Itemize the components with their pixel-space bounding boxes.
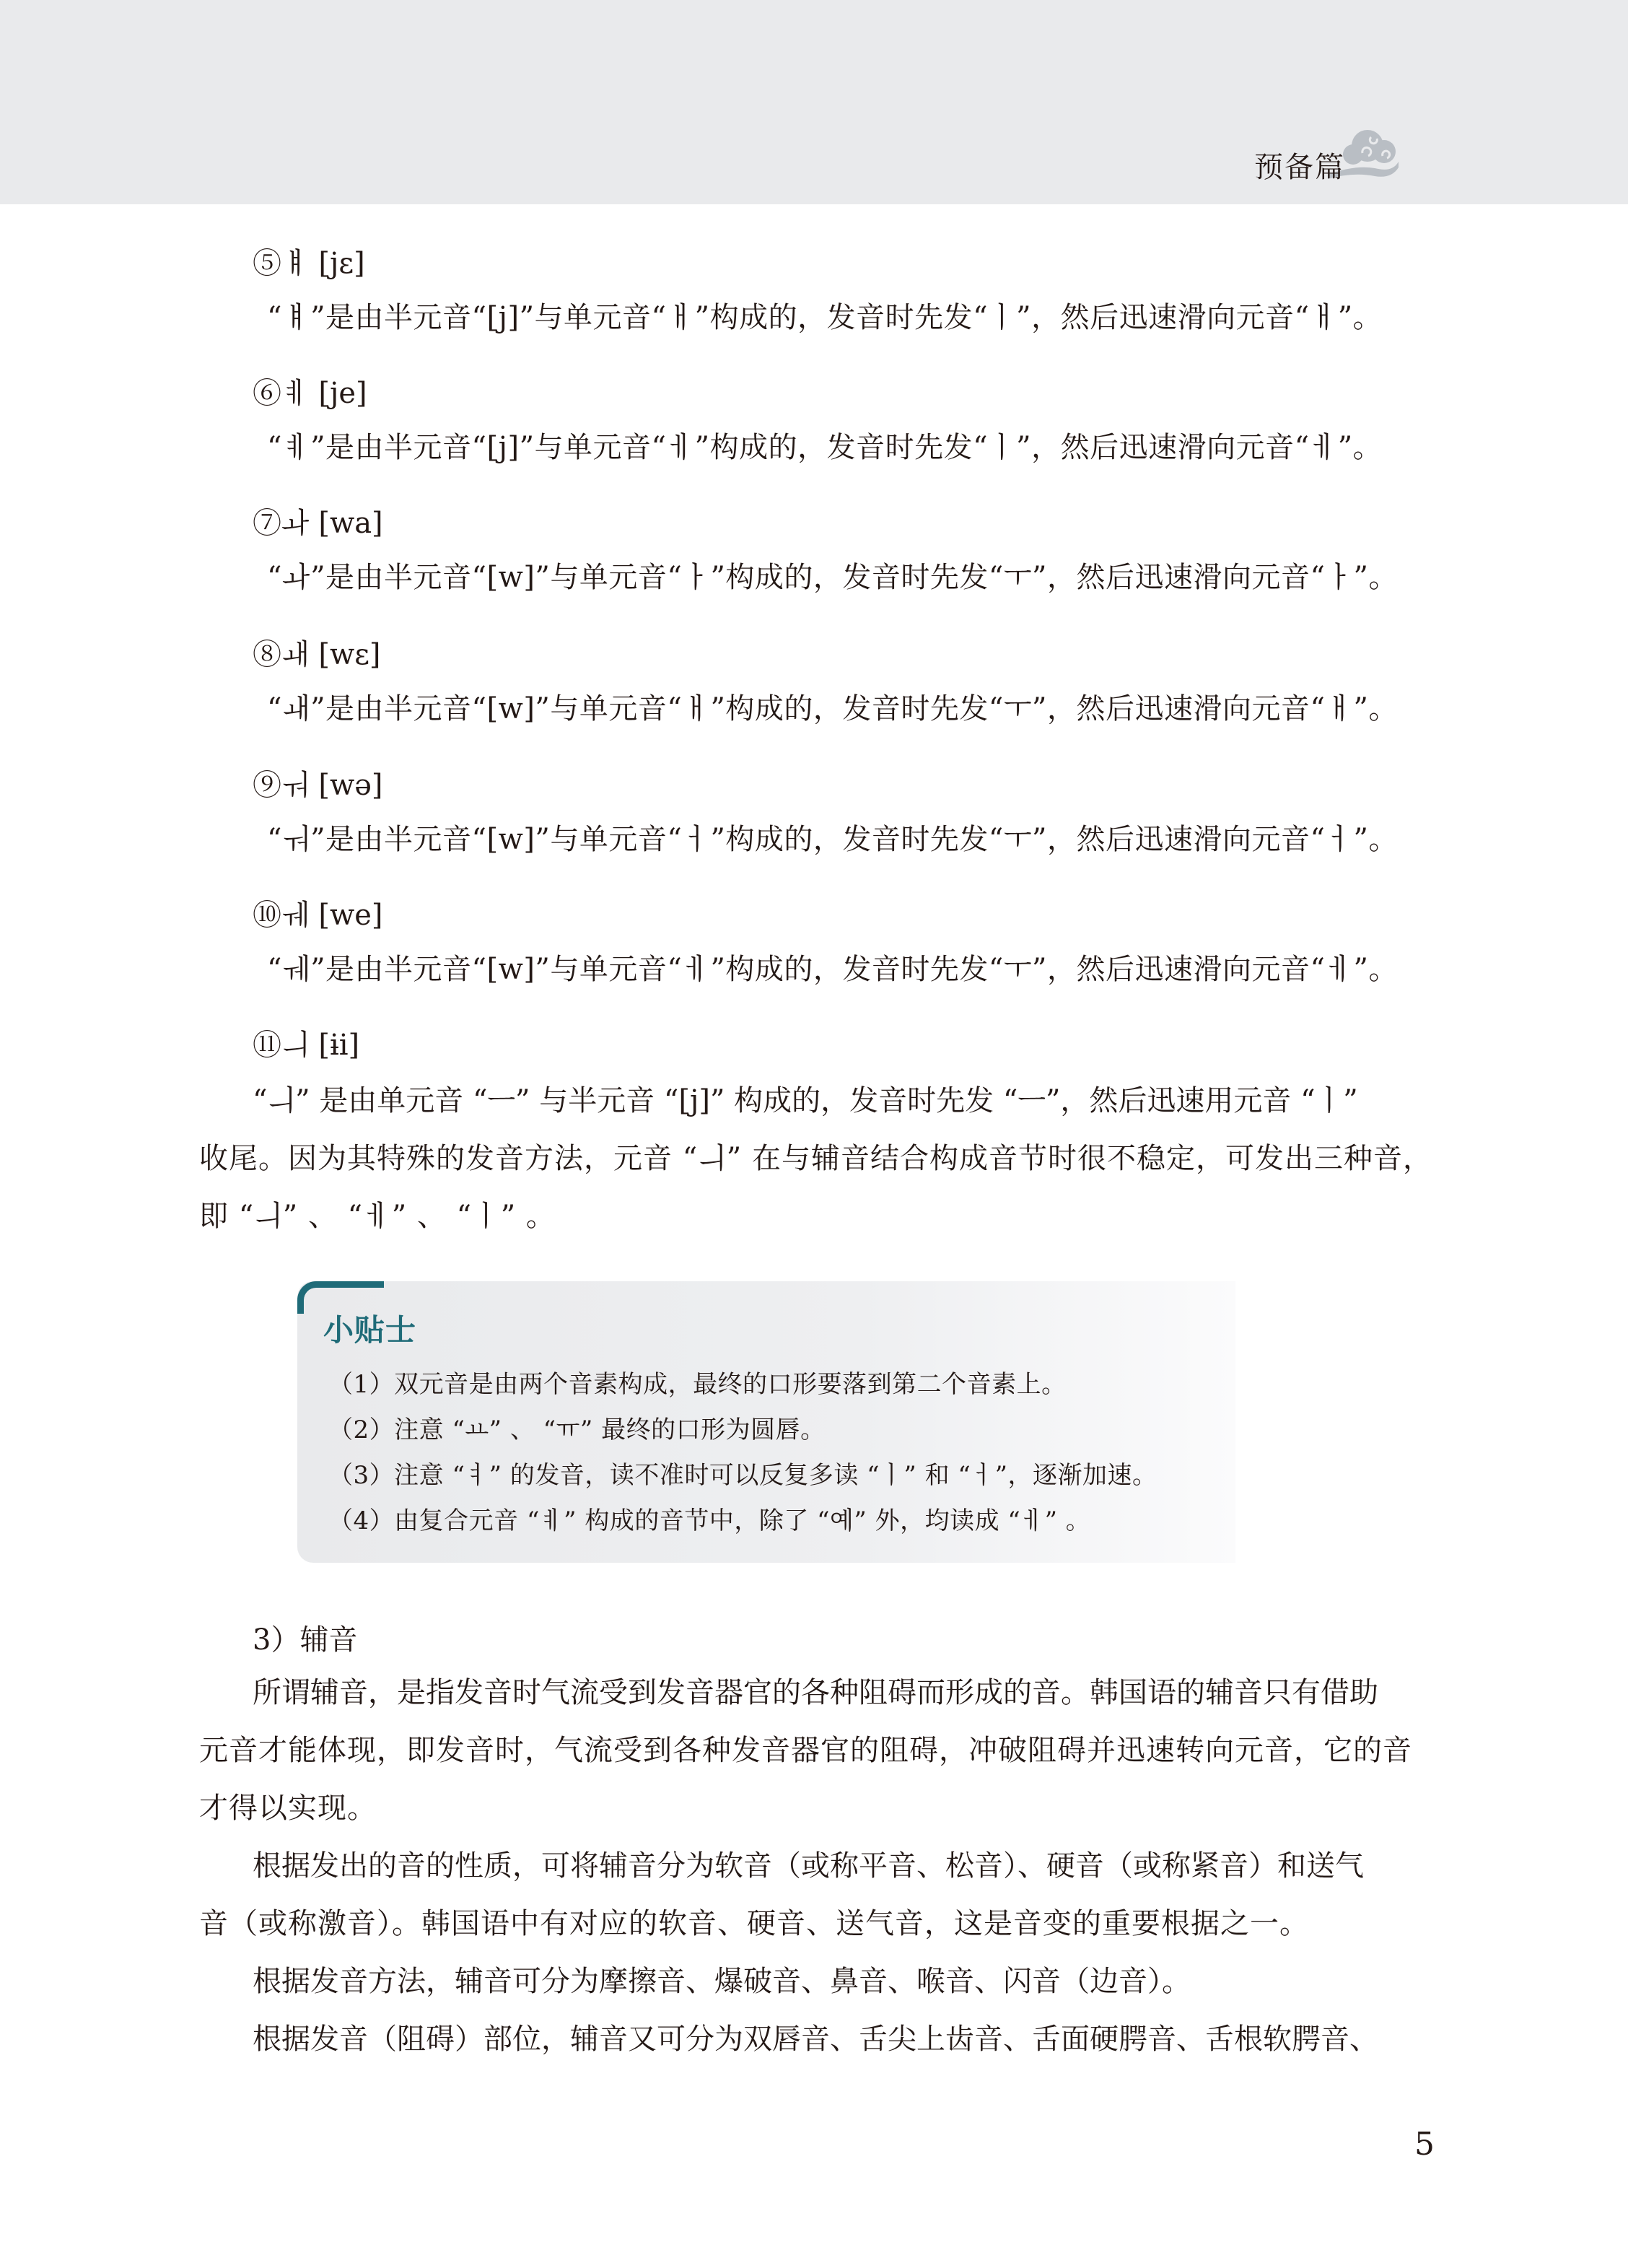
tip-item: （1）双元音是由两个音素构成，最终的口形要落到第二个音素上。 (328, 1364, 1067, 1400)
body-line: 音（或称激音）。韩国语中有对应的软音、硬音、送气音，这是音变的重要根据之一。 (199, 1909, 1433, 1938)
vowel-heading: ⑩ㅞ [we] (253, 901, 382, 930)
vowel-heading: ⑧ㅙ [wɛ] (253, 640, 381, 669)
body-line: 所谓辅音，是指发音时气流受到发音器官的各种阻碍而形成的音。韩国语的辅音只有借助 (253, 1678, 1378, 1707)
tips-title: 小贴士 (323, 1307, 416, 1350)
vowel-11-line: 即 “ㅢ” 、 “ㅔ” 、 “ㅣ” 。 (199, 1202, 1433, 1231)
body-line: 根据发出的音的性质，可将辅音分为软音（或称平音、松音）、硬音（或称紧音）和送气 (253, 1852, 1364, 1880)
vowel-11-line: “ㅢ” 是由单元音 “ㅡ” 与半元音 “[j]” 构成的，发音时先发 “ㅡ”，然… (253, 1086, 1358, 1115)
vowel-description: “ㅞ”是由半元音“[w]”与单元音“ㅔ”构成的，发音时先发“ㅜ”，然后迅速滑向元… (267, 955, 1398, 984)
vowel-heading: ⑦ㅘ [wa] (253, 509, 383, 538)
body-line: 才得以实现。 (199, 1794, 1433, 1823)
vowel-heading: ⑪ㅢ [ɨi] (253, 1031, 359, 1060)
vowel-heading: ⑤ㅒ [jɛ] (253, 249, 365, 278)
vowel-heading: ⑥ㅖ [je] (253, 379, 367, 408)
vowel-description: “ㅘ”是由半元音“[w]”与单元音“ㅏ”构成的，发音时先发“ㅜ”，然后迅速滑向元… (267, 563, 1398, 592)
tip-item: （3）注意 “ㅕ” 的发音，读不准时可以反复多读 “ㅣ” 和 “ㅓ”，逐渐加速。 (328, 1455, 1157, 1491)
page-number: 5 (1414, 2126, 1435, 2163)
vowel-description: “ㅖ”是由半元音“[j]”与单元音“ㅔ”构成的，发音时先发“ㅣ”，然后迅速滑向元… (267, 433, 1382, 462)
body-line: 元音才能体现，即发音时，气流受到各种发音器官的阻碍，冲破阻碍并迅速转向元音，它的… (199, 1736, 1433, 1765)
vowel-description: “ㅙ”是由半元音“[w]”与单元音“ㅐ”构成的，发音时先发“ㅜ”，然后迅速滑向元… (267, 694, 1398, 723)
vowel-heading: ⑨ㅝ [wə] (253, 771, 382, 800)
tip-item: （4）由复合元音 “ㅖ” 构成的音节中，除了 “예” 外，均读成 “ㅔ” 。 (328, 1501, 1090, 1536)
vowel-description: “ㅝ”是由半元音“[w]”与单元音“ㅓ”构成的，发音时先发“ㅜ”，然后迅速滑向元… (267, 825, 1398, 854)
body-line: 根据发音方法，辅音可分为摩擦音、爆破音、鼻音、喉音、闪音（边音）。 (253, 1967, 1191, 1996)
section-title: 预备篇 (1254, 144, 1345, 186)
body-line: 根据发音（阻碍）部位，辅音又可分为双唇音、舌尖上齿音、舌面硬腭音、舌根软腭音、 (253, 2025, 1378, 2054)
vowel-11-line: 收尾。因为其特殊的发音方法，元音 “ㅢ” 在与辅音结合构成音节时很不稳定，可发出… (199, 1144, 1433, 1173)
tip-item: （2）注意 “ㅛ” 、 “ㅠ” 最终的口形为圆唇。 (328, 1410, 826, 1445)
section-heading: 3）辅音 (253, 1626, 357, 1654)
vowel-description: “ㅒ”是由半元音“[j]”与单元音“ㅐ”构成的，发音时先发“ㅣ”，然后迅速滑向元… (267, 303, 1382, 332)
